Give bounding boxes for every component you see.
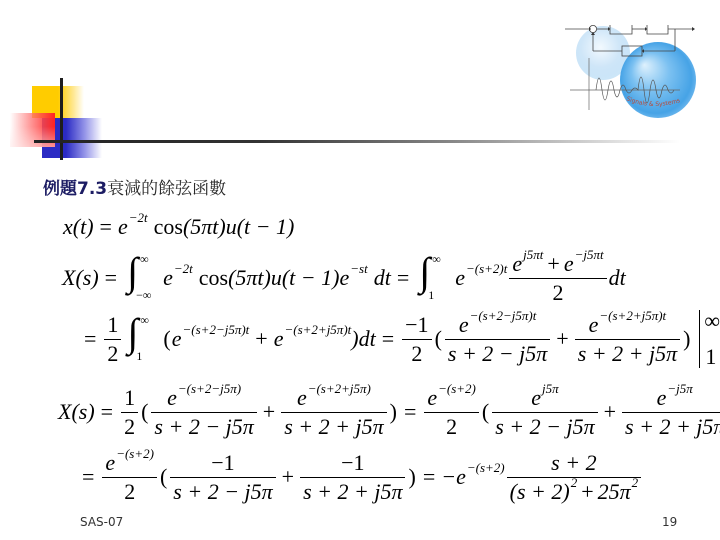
denominator: s + 2 + j5π <box>622 413 720 439</box>
plus: + <box>581 479 593 504</box>
open-paren: ( <box>435 326 442 351</box>
numerator: e −(s+2) <box>424 385 479 412</box>
denominator: s + 2 + j5π <box>575 340 680 366</box>
differential: dt <box>609 265 626 290</box>
numerator: e −(s+2+j5π) <box>281 385 386 412</box>
equals: = <box>82 464 94 489</box>
term-fraction-1: e −(s+2−j5π)t s + 2 − j5π <box>445 312 550 366</box>
base: e <box>564 251 574 276</box>
negative-exponential: −e −(s+2) <box>441 464 504 489</box>
signals-systems-logo: Signals & Systems <box>560 10 700 120</box>
numerator: e −(s+2) <box>102 450 157 477</box>
argument: (5πt)u(t − 1)e <box>228 265 349 290</box>
equation-transform-result: X(s) = 1 2 ( e −(s+2−j5π) s + 2 − j5π + … <box>58 384 720 440</box>
numerator: −1 <box>402 312 431 339</box>
term-fraction-4: e −j5π s + 2 + j5π <box>622 385 720 439</box>
exponent: −(s+2−j5π)t <box>183 323 250 337</box>
exponent: 2 <box>571 476 578 490</box>
numerator: −1 <box>300 450 405 477</box>
base: e <box>163 265 173 290</box>
numerator: e −(s+2−j5π)t <box>445 312 550 339</box>
integral-icon: ∫ <box>127 252 138 292</box>
footer-course-code: SAS-07 <box>80 515 123 529</box>
equals: = <box>84 326 96 351</box>
numerator: e j5π <box>492 385 597 412</box>
equation-integral-evaluation: = 1 2 ∫ ∞ 1 ( e −(s+2−j5π)t + e −(s+2+j5… <box>78 309 720 369</box>
lower-limit: −∞ <box>136 289 151 303</box>
denominator: 2 <box>402 340 431 366</box>
exponent: −(s+2−j5π) <box>178 382 241 396</box>
cos-argument-kernel: (5πt)u(t − 1)e −st <box>228 265 368 290</box>
lower-limit: 1 <box>428 289 434 303</box>
equation-final-simplification: = e −(s+2) 2 ( −1 s + 2 − j5π + −1 s + 2… <box>76 449 643 505</box>
denominator: s + 2 − j5π <box>492 413 597 439</box>
coefficient-fraction: e −(s+2) 2 <box>102 450 157 504</box>
horizontal-rule <box>34 140 680 143</box>
half-fraction: 1 2 <box>104 312 121 366</box>
term-fraction-3: e j5π s + 2 − j5π <box>492 385 597 439</box>
equals: = <box>105 265 117 290</box>
equals: = <box>382 326 394 351</box>
equation-signal-definition: x(t) = e −2t cos (5πt)u(t − 1) <box>63 212 294 242</box>
cos-function: cos <box>154 214 183 239</box>
denominator: 2 <box>509 279 606 305</box>
denominator: s + 2 − j5π <box>151 413 256 439</box>
integral-sign: ∫ ∞ 1 <box>419 254 447 302</box>
title-text: 衰減的餘弦函數 <box>107 179 226 199</box>
equals: = <box>423 464 435 489</box>
vertical-rule <box>60 78 63 160</box>
open-paren: ( <box>160 464 167 489</box>
denominator: (s + 2) 2 + 25π 2 <box>507 478 642 504</box>
exponential: e −2t <box>118 214 148 239</box>
term-fraction-2: e −(s+2+j5π) s + 2 + j5π <box>281 385 386 439</box>
exponential: e −(s+2)t <box>455 265 507 290</box>
numerator: s + 2 <box>507 450 642 477</box>
integral-icon: ∫ <box>127 313 138 353</box>
close-paren: ) <box>408 464 415 489</box>
exponential: e −(s+2+j5π) <box>297 385 371 410</box>
base: e <box>118 214 128 239</box>
open-paren: ( <box>141 399 148 424</box>
plus: + <box>604 399 616 424</box>
differential: dt <box>374 265 391 290</box>
evaluation-bar-line <box>699 310 700 368</box>
evaluation-bar: ∞ 1 <box>697 310 720 368</box>
denominator: 2 <box>104 340 121 366</box>
base: e <box>172 326 182 351</box>
result-fraction: s + 2 (s + 2) 2 + 25π 2 <box>507 450 642 504</box>
integral-sign: ∫ ∞ 1 <box>127 315 155 363</box>
exponent: −2t <box>129 211 148 225</box>
equals: = <box>101 399 113 424</box>
exponential: e −(s+2+j5π)t <box>274 326 352 351</box>
denominator: s + 2 + j5π <box>300 478 405 504</box>
lhs: X(s) <box>58 399 95 424</box>
exponent: −(s+2)t <box>466 262 507 276</box>
base: 25π <box>598 479 631 504</box>
denominator: s + 2 + j5π <box>281 413 386 439</box>
upper-limit: ∞ <box>140 253 149 267</box>
exponential: e −(s+2−j5π)t <box>172 326 250 351</box>
base: e <box>459 312 469 337</box>
coefficient-fraction: e −(s+2) 2 <box>424 385 479 439</box>
numerator: 1 <box>121 385 138 412</box>
base: e <box>274 326 284 351</box>
term-fraction-1: −1 s + 2 − j5π <box>170 450 275 504</box>
close-paren-differential: )dt <box>351 326 375 351</box>
plus: + <box>282 464 294 489</box>
base: (s + 2) <box>510 479 570 504</box>
equals: = <box>100 214 112 239</box>
exponent: −(s+2) <box>467 461 505 475</box>
example-number: 例題7.3 <box>43 179 107 199</box>
exponent: −(s+2+j5π)t <box>599 309 666 323</box>
plus: + <box>255 326 267 351</box>
exponent: −j5π <box>667 382 692 396</box>
integral-sign: ∫ ∞ −∞ <box>127 254 155 302</box>
base: e <box>589 312 599 337</box>
exponent: −(s+2) <box>438 382 476 396</box>
exponent: −2t <box>174 262 193 276</box>
lower-limit: 1 <box>705 346 716 368</box>
numerator: e −j5π <box>622 385 720 412</box>
close-paren: ) <box>683 326 690 351</box>
base: e <box>531 385 541 410</box>
numerator: e −(s+2−j5π) <box>151 385 256 412</box>
squared-term: (s + 2) 2 <box>510 479 578 504</box>
exponent: −(s+2−j5π)t <box>470 309 537 323</box>
slide-title: 例題7.3衰減的餘弦函數 <box>43 174 226 199</box>
plus: + <box>556 326 568 351</box>
exponent: −j5πt <box>575 248 604 262</box>
coefficient-fraction: −1 2 <box>402 312 431 366</box>
equals: = <box>397 265 409 290</box>
denominator: s + 2 − j5π <box>445 340 550 366</box>
cos-function: cos <box>199 265 228 290</box>
term-fraction-1: e −(s+2−j5π) s + 2 − j5π <box>151 385 256 439</box>
exponential: e −j5π <box>657 385 693 410</box>
lower-limit: 1 <box>136 350 142 364</box>
cos-argument: (5πt)u(t − 1) <box>183 214 294 239</box>
open-paren: ( <box>163 326 170 351</box>
denominator: 2 <box>121 413 138 439</box>
term-fraction-2: −1 s + 2 + j5π <box>300 450 405 504</box>
exponential: e −(s+2) <box>105 450 154 475</box>
open-paren: ( <box>482 399 489 424</box>
integral-icon: ∫ <box>419 252 430 292</box>
exponent: 2 <box>632 476 639 490</box>
base: −e <box>441 464 466 489</box>
denominator: s + 2 − j5π <box>170 478 275 504</box>
lhs: x(t) <box>63 214 94 239</box>
base: e <box>297 385 307 410</box>
lhs: X(s) <box>62 265 99 290</box>
exponential: e −j5πt <box>564 251 604 276</box>
exponent: −(s+2+j5π)t <box>284 323 351 337</box>
denominator: 2 <box>424 413 479 439</box>
exponent: j5πt <box>523 248 543 262</box>
plus: + <box>263 399 275 424</box>
base: e <box>455 265 465 290</box>
exponential: e −(s+2−j5π)t <box>459 312 537 337</box>
base: e <box>512 251 522 276</box>
half-fraction: 1 2 <box>121 385 138 439</box>
upper-limit: ∞ <box>704 310 720 332</box>
plus: + <box>547 251 559 276</box>
euler-cosine-fraction: e j5πt + e −j5πt 2 <box>509 251 606 305</box>
exponential: e −(s+2+j5π)t <box>589 312 667 337</box>
exponent: −(s+2+j5π) <box>308 382 371 396</box>
base: e <box>427 385 437 410</box>
close-paren: ) <box>390 399 397 424</box>
exponential: e −(s+2) <box>427 385 476 410</box>
term-fraction-2: e −(s+2+j5π)t s + 2 + j5π <box>575 312 680 366</box>
exponent: j5π <box>542 382 559 396</box>
upper-limit: ∞ <box>432 253 441 267</box>
exponential: e j5πt <box>512 251 543 276</box>
base: e <box>657 385 667 410</box>
upper-limit: ∞ <box>140 314 149 328</box>
exponential: e −2t <box>163 265 193 290</box>
equation-laplace-integral: X(s) = ∫ ∞ −∞ e −2t cos (5πt)u(t − 1)e −… <box>62 253 626 303</box>
exponent: −(s+2) <box>116 447 154 461</box>
numerator: e j5πt + e −j5πt <box>509 251 606 278</box>
exponential: e −(s+2−j5π) <box>167 385 241 410</box>
exponential: e j5π <box>531 385 558 410</box>
equals: = <box>404 399 416 424</box>
base: e <box>167 385 177 410</box>
page-number: 19 <box>662 515 677 529</box>
numerator: e −(s+2+j5π)t <box>575 312 680 339</box>
numerator: −1 <box>170 450 275 477</box>
exponent: −st <box>350 262 367 276</box>
squared-term: 25π 2 <box>598 479 639 504</box>
base: e <box>105 450 115 475</box>
denominator: 2 <box>102 478 157 504</box>
numerator: 1 <box>104 312 121 339</box>
